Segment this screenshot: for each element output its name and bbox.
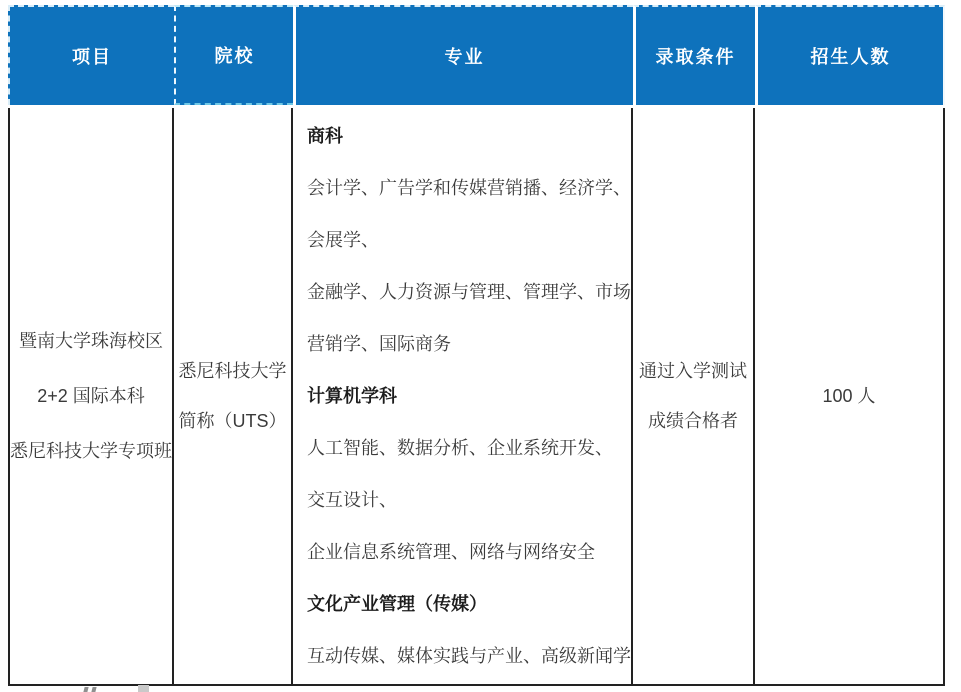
table-cell-line: 金融学、人力资源与管理、管理学、市场 bbox=[307, 266, 631, 318]
table-cell-line: 文化产业管理（传媒） bbox=[307, 578, 631, 630]
table-cell-line: 成绩合格者 bbox=[648, 396, 738, 446]
header-cell-major: 专业 bbox=[293, 5, 633, 105]
table-cell-line: 悉尼科技大学专项班 bbox=[10, 424, 172, 479]
document-page: 项目 院校 专业 录取条件 招生人数 暨南大学珠海校区2+2 国际本科悉尼科技大… bbox=[0, 0, 961, 692]
cell-institution: 悉尼科技大学简称（UTS） bbox=[174, 108, 293, 684]
scan-artifact-block bbox=[138, 685, 149, 692]
table-cell-line: 暨南大学珠海校区 bbox=[19, 314, 163, 369]
cell-project: 暨南大学珠海校区2+2 国际本科悉尼科技大学专项班 bbox=[8, 108, 174, 684]
header-cell-institution: 院校 bbox=[174, 5, 293, 105]
header-cell-enrollment: 招生人数 bbox=[755, 5, 945, 105]
table-cell-line: 互动传媒、媒体实践与产业、高级新闻学 bbox=[307, 630, 631, 682]
table-header-row: 项目 院校 专业 录取条件 招生人数 bbox=[8, 5, 945, 105]
table-cell-line: 人工智能、数据分析、企业系统开发、 bbox=[307, 422, 631, 474]
table-cell-line: 2+2 国际本科 bbox=[37, 369, 145, 424]
header-cell-project: 项目 bbox=[8, 5, 174, 105]
scan-artifact-tick bbox=[83, 687, 88, 692]
table-cell-line: 简称（UTS） bbox=[179, 396, 287, 446]
header-cell-admission: 录取条件 bbox=[633, 5, 755, 105]
table-cell-line: 会计学、广告学和传媒营销播、经济学、 bbox=[307, 162, 631, 214]
cell-enrollment: 100 人 bbox=[755, 108, 945, 684]
scan-artifact-tick bbox=[91, 687, 96, 692]
table-body-row: 暨南大学珠海校区2+2 国际本科悉尼科技大学专项班 悉尼科技大学简称（UTS） … bbox=[8, 108, 945, 686]
cell-majors: 商科会计学、广告学和传媒营销播、经济学、会展学、金融学、人力资源与管理、管理学、… bbox=[293, 108, 633, 684]
table-cell-line: 通过入学测试 bbox=[639, 346, 747, 396]
enrollment-table: 项目 院校 专业 录取条件 招生人数 暨南大学珠海校区2+2 国际本科悉尼科技大… bbox=[8, 5, 945, 686]
enrollment-count: 100 人 bbox=[822, 384, 875, 408]
table-cell-line: 悉尼科技大学 bbox=[179, 346, 287, 396]
cell-admission: 通过入学测试成绩合格者 bbox=[633, 108, 755, 684]
table-cell-line: 商科 bbox=[307, 110, 631, 162]
table-cell-line: 企业信息系统管理、网络与网络安全 bbox=[307, 526, 631, 578]
table-cell-line: 营销学、国际商务 bbox=[307, 318, 631, 370]
table-cell-line: 会展学、 bbox=[307, 214, 631, 266]
table-cell-line: 计算机学科 bbox=[307, 370, 631, 422]
table-cell-line: 交互设计、 bbox=[307, 474, 631, 526]
